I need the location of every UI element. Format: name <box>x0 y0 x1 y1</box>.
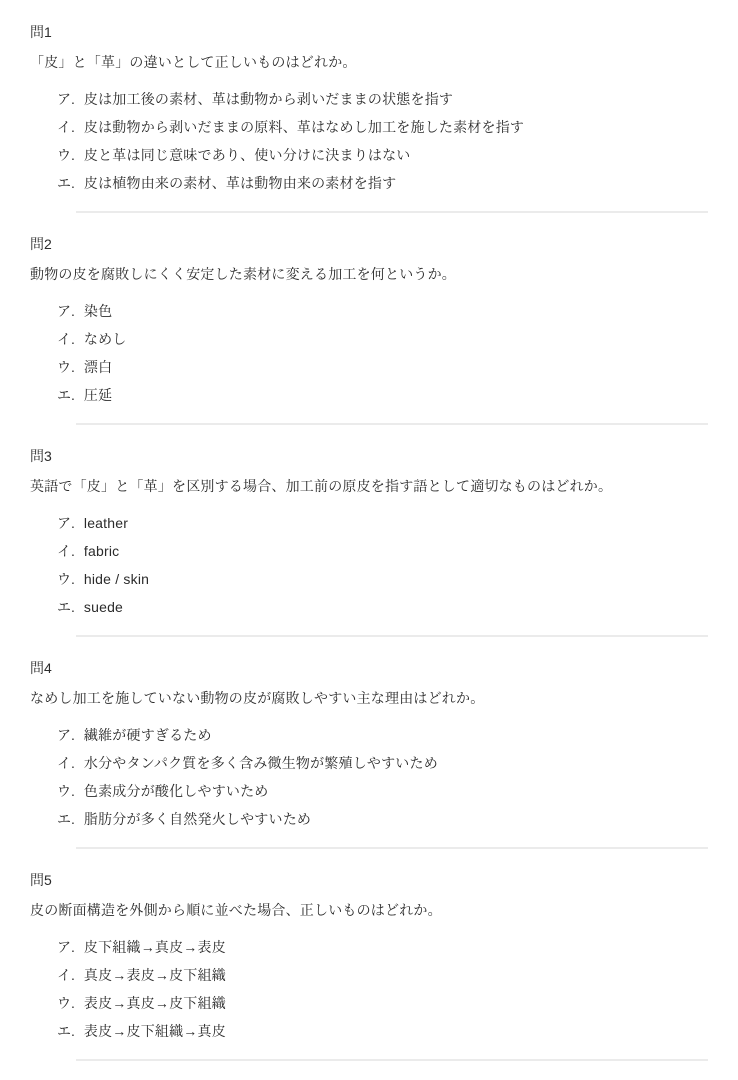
option-text: 真皮→表皮→皮下組織 <box>84 965 226 985</box>
option-label: ウ. <box>57 145 75 165</box>
question-text: 動物の皮を腐敗しにくく安定した素材に変える加工を何というか。 <box>30 264 708 284</box>
option-row: ウ. 色素成分が酸化しやすいため <box>57 781 708 801</box>
section-divider <box>76 423 708 425</box>
question-text: 皮の断面構造を外側から順に並べた場合、正しいものはどれか。 <box>30 900 708 920</box>
question-text: なめし加工を施していない動物の皮が腐敗しやすい主な理由はどれか。 <box>30 688 708 708</box>
question-text: 「皮」と「革」の違いとして正しいものはどれか。 <box>30 52 708 72</box>
option-label: ウ. <box>57 569 75 589</box>
section-divider <box>76 635 708 637</box>
option-row: エ. suede <box>57 597 708 617</box>
option-row: ウ. 表皮→真皮→皮下組織 <box>57 993 708 1013</box>
option-text: 皮は植物由来の素材、革は動物由来の素材を指す <box>84 173 396 193</box>
option-label: エ. <box>57 173 75 193</box>
option-label: ア. <box>57 513 75 533</box>
question-block-5: 問5 皮の断面構造を外側から順に並べた場合、正しいものはどれか。 ア. 皮下組織… <box>30 870 708 1061</box>
options-list: ア. leather イ. fabric ウ. hide / skin エ. s… <box>57 513 708 617</box>
option-label: ウ. <box>57 781 75 801</box>
option-text: 皮下組織→真皮→表皮 <box>84 937 226 957</box>
option-label: イ. <box>57 753 75 773</box>
option-text: 皮は加工後の素材、革は動物から剥いだままの状態を指す <box>84 89 453 109</box>
options-list: ア. 皮は加工後の素材、革は動物から剥いだままの状態を指す イ. 皮は動物から剥… <box>57 89 708 193</box>
option-text: 脂肪分が多く自然発火しやすいため <box>84 809 311 829</box>
option-label: ア. <box>57 937 75 957</box>
option-text: 表皮→真皮→皮下組織 <box>84 993 226 1013</box>
option-text: 皮と革は同じ意味であり、使い分けに決まりはない <box>84 145 411 165</box>
option-row: エ. 圧延 <box>57 385 708 405</box>
option-label: ア. <box>57 301 75 321</box>
option-label: イ. <box>57 965 75 985</box>
question-block-3: 問3 英語で「皮」と「革」を区別する場合、加工前の原皮を指す語として適切なものは… <box>30 446 708 637</box>
question-number: 問3 <box>30 446 708 466</box>
section-divider <box>76 1059 708 1061</box>
section-divider <box>76 847 708 849</box>
option-row: ア. 繊維が硬すぎるため <box>57 725 708 745</box>
option-text: 表皮→皮下組織→真皮 <box>84 1021 226 1041</box>
option-text: 繊維が硬すぎるため <box>84 725 212 745</box>
options-list: ア. 染色 イ. なめし ウ. 漂白 エ. 圧延 <box>57 301 708 405</box>
option-label: エ. <box>57 809 75 829</box>
option-row: ウ. hide / skin <box>57 569 708 589</box>
option-text: hide / skin <box>84 569 149 589</box>
option-row: ア. 染色 <box>57 301 708 321</box>
option-text: 圧延 <box>84 385 112 405</box>
question-number: 問5 <box>30 870 708 890</box>
question-number: 問4 <box>30 658 708 678</box>
option-row: イ. 真皮→表皮→皮下組織 <box>57 965 708 985</box>
option-row: イ. なめし <box>57 329 708 349</box>
quiz-page: 問1 「皮」と「革」の違いとして正しいものはどれか。 ア. 皮は加工後の素材、革… <box>0 0 738 1061</box>
question-block-1: 問1 「皮」と「革」の違いとして正しいものはどれか。 ア. 皮は加工後の素材、革… <box>30 22 708 213</box>
option-row: エ. 表皮→皮下組織→真皮 <box>57 1021 708 1041</box>
option-text: leather <box>84 513 128 533</box>
option-text: fabric <box>84 541 119 561</box>
option-row: ア. leather <box>57 513 708 533</box>
question-number: 問1 <box>30 22 708 42</box>
options-list: ア. 皮下組織→真皮→表皮 イ. 真皮→表皮→皮下組織 ウ. 表皮→真皮→皮下組… <box>57 937 708 1041</box>
option-label: イ. <box>57 541 75 561</box>
option-row: ウ. 皮と革は同じ意味であり、使い分けに決まりはない <box>57 145 708 165</box>
option-text: 色素成分が酸化しやすいため <box>84 781 269 801</box>
option-label: ウ. <box>57 357 75 377</box>
option-row: イ. 水分やタンパク質を多く含み微生物が繁殖しやすいため <box>57 753 708 773</box>
option-text: なめし <box>84 329 127 349</box>
section-divider <box>76 211 708 213</box>
option-label: ア. <box>57 89 75 109</box>
option-row: イ. 皮は動物から剥いだままの原料、革はなめし加工を施した素材を指す <box>57 117 708 137</box>
option-row: エ. 脂肪分が多く自然発火しやすいため <box>57 809 708 829</box>
options-list: ア. 繊維が硬すぎるため イ. 水分やタンパク質を多く含み微生物が繁殖しやすいた… <box>57 725 708 829</box>
option-row: ア. 皮は加工後の素材、革は動物から剥いだままの状態を指す <box>57 89 708 109</box>
option-text: 皮は動物から剥いだままの原料、革はなめし加工を施した素材を指す <box>84 117 524 137</box>
option-label: エ. <box>57 385 75 405</box>
question-text: 英語で「皮」と「革」を区別する場合、加工前の原皮を指す語として適切なものはどれか… <box>30 476 708 496</box>
option-row: エ. 皮は植物由来の素材、革は動物由来の素材を指す <box>57 173 708 193</box>
question-number: 問2 <box>30 234 708 254</box>
option-text: suede <box>84 597 123 617</box>
option-label: ウ. <box>57 993 75 1013</box>
question-block-4: 問4 なめし加工を施していない動物の皮が腐敗しやすい主な理由はどれか。 ア. 繊… <box>30 658 708 849</box>
option-text: 染色 <box>84 301 112 321</box>
option-row: イ. fabric <box>57 541 708 561</box>
option-label: イ. <box>57 329 75 349</box>
option-text: 水分やタンパク質を多く含み微生物が繁殖しやすいため <box>84 753 438 773</box>
option-label: エ. <box>57 597 75 617</box>
option-label: エ. <box>57 1021 75 1041</box>
option-text: 漂白 <box>84 357 112 377</box>
option-label: イ. <box>57 117 75 137</box>
option-row: ア. 皮下組織→真皮→表皮 <box>57 937 708 957</box>
option-label: ア. <box>57 725 75 745</box>
question-block-2: 問2 動物の皮を腐敗しにくく安定した素材に変える加工を何というか。 ア. 染色 … <box>30 234 708 425</box>
option-row: ウ. 漂白 <box>57 357 708 377</box>
